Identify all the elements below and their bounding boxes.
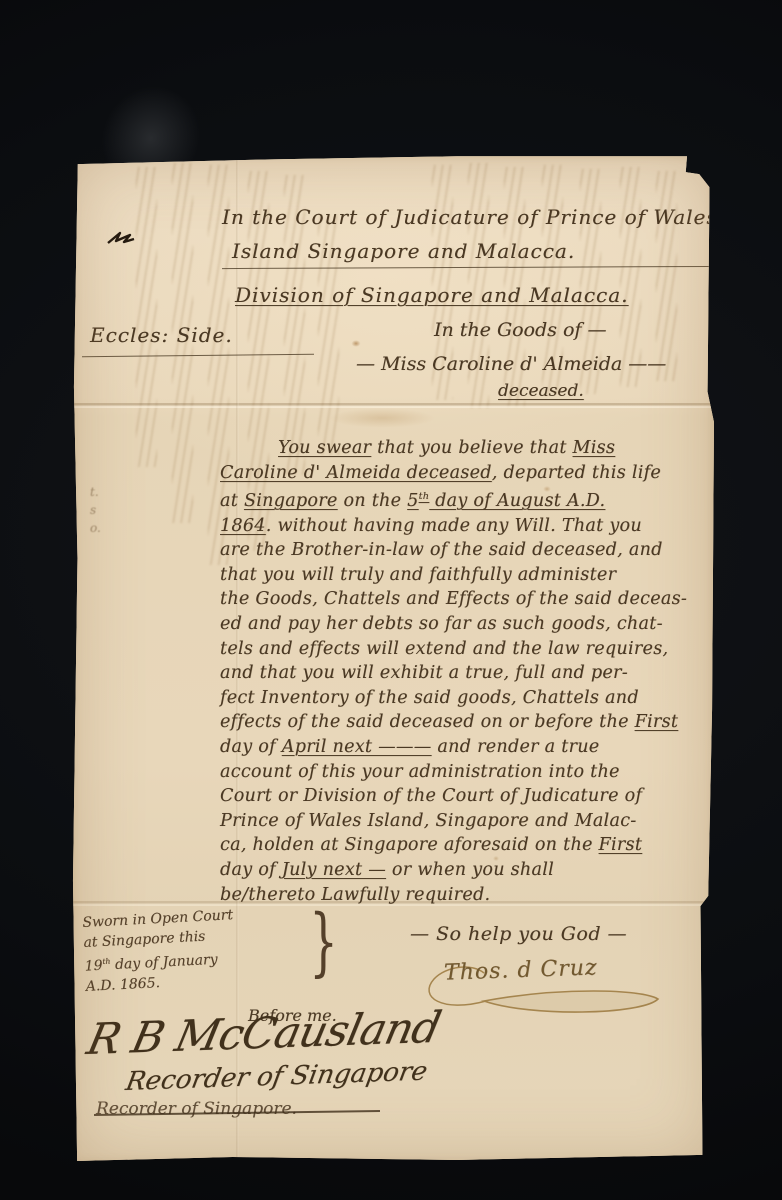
oath-line: 1864. without having made any Will. That… — [220, 514, 687, 539]
ruled-underline — [82, 354, 314, 358]
judge-signature: R B McCausland — [83, 1003, 445, 1065]
oath-line: that you will truly and faithfully admin… — [220, 563, 687, 588]
deceased-name-line: — Miss Caroline d' Almeida —— — [356, 353, 666, 375]
ink-bleedthrough-column — [656, 171, 677, 381]
deceased-label: deceased. — [498, 381, 584, 401]
jurat-note: Sworn in Open Court at Singapore this 19… — [82, 905, 237, 996]
oath-body: You swear that you believe that MissCaro… — [220, 436, 687, 907]
oath-line: are the Brother-in-law of the said decea… — [220, 538, 687, 563]
oath-line: be/thereto Lawfully required. — [220, 883, 687, 908]
judge-title-script: Recorder of Singapore — [123, 1057, 429, 1097]
oath-line: You swear that you believe that Miss — [220, 436, 687, 461]
oath-line: the Goods, Chattels and Effects of the s… — [220, 587, 687, 612]
goods-of-line: In the Goods of — — [434, 319, 606, 341]
ink-scribble-mark — [104, 225, 152, 253]
oath-line: account of this your administration into… — [220, 760, 687, 785]
fold-crease — [72, 403, 714, 408]
oath-line: tels and effects will extend and the law… — [220, 637, 687, 662]
oath-line: Prince of Wales Island, Singapore and Ma… — [220, 809, 687, 834]
oath-line: at Singapore on the 5th day of August A.… — [220, 485, 687, 513]
oath-line: day of July next — or when you shall — [220, 858, 687, 883]
document-paper: t.so. In the Court of Judicature of Prin… — [72, 155, 714, 1163]
court-header-line2: Island Singapore and Malacca. — [232, 239, 575, 263]
oath-line: ca, holden at Singapore aforesaid on the… — [220, 833, 687, 858]
court-header-line1: In the Court of Judicature of Prince of … — [222, 205, 718, 229]
deponent-signature: Thos. d Cruz — [444, 955, 598, 985]
paper-stain — [312, 405, 452, 431]
oath-line: and that you will exhibit a true, full a… — [220, 661, 687, 686]
oath-line: fect Inventory of the said goods, Chatte… — [220, 686, 687, 711]
oath-line: Caroline d' Almeida deceased, departed t… — [220, 461, 687, 486]
oath-line: Court or Division of the Court of Judica… — [220, 784, 687, 809]
judge-title-struck: Recorder of Singapore. — [96, 1099, 297, 1119]
oath-line: day of April next ——— and render a true — [220, 735, 687, 760]
jurat-brace: } — [309, 899, 337, 985]
division-line: Division of Singapore and Malacca. — [235, 283, 629, 307]
side-label: Eccles: Side. — [90, 323, 233, 347]
paper-stain — [350, 339, 362, 348]
oath-line: effects of the said deceased on or befor… — [220, 710, 687, 735]
faint-margin-marks: t.so. — [90, 483, 101, 537]
so-help-line: — So help you God — — [410, 923, 627, 945]
oath-line: ed and pay her debts so far as such good… — [220, 612, 687, 637]
ruled-underline — [222, 266, 710, 270]
photo-backdrop: t.so. In the Court of Judicature of Prin… — [0, 0, 782, 1200]
ink-bleedthrough-column — [136, 167, 157, 467]
